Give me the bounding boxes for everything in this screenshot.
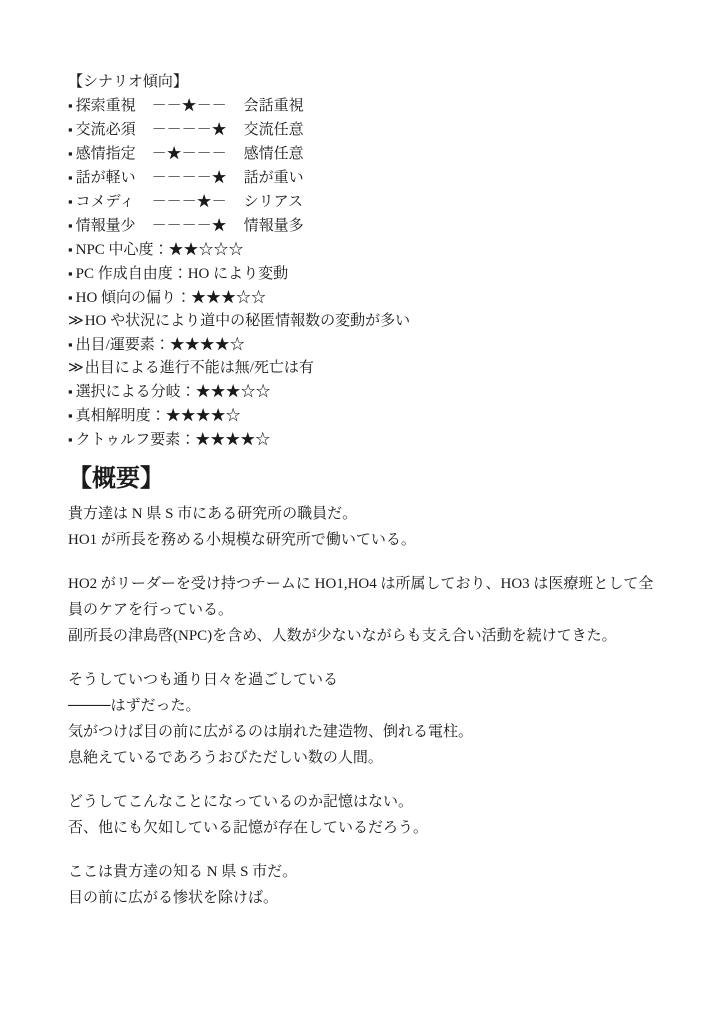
tendency-rating-row: ▪HO 傾向の偏り：★★★☆☆ [68, 286, 656, 310]
scale-right-label: 交流任意 [244, 119, 304, 142]
square-bullet-icon: ▪ [68, 286, 73, 309]
tendency-rating-row: ▪出目/運要素：★★★★☆ [68, 333, 656, 357]
overview-paragraph: HO2 がリーダーを受け持つチームに HO1,HO4 は所属しており、HO3 は… [68, 571, 656, 649]
scale-marks: －－－★－ [152, 191, 232, 214]
square-bullet-icon: ▪ [68, 404, 73, 427]
paragraph-line: どうしてこんなことになっているのか記憶はない。 [68, 789, 656, 815]
square-bullet-icon: ▪ [68, 262, 73, 285]
square-bullet-icon: ▪ [68, 142, 73, 165]
tendency-scale-row: ▪交流必須－－－－★交流任意 [68, 118, 656, 142]
rating-text: NPC 中心度：★★☆☆☆ [76, 242, 244, 258]
rating-text: 出目による進行不能は無/死亡は有 [85, 360, 314, 376]
scale-left-label: 探索重視 [76, 95, 138, 118]
paragraph-line: そうしていつも通り日々を過ごしている [68, 667, 656, 693]
rating-text: HO 傾向の偏り：★★★☆☆ [76, 290, 266, 306]
overview-heading: 【概要】 [68, 464, 656, 494]
tendency-scale-row: ▪コメディ－－－★－シリアス [68, 190, 656, 214]
scale-marks: －－－－★ [152, 167, 232, 190]
paragraph-line: 副所長の津島啓(NPC)を含め、人数が少ないながらも支え合い活動を続けてきた。 [68, 623, 656, 649]
square-bullet-icon: ▪ [68, 428, 73, 451]
paragraph-line: 目の前に広がる惨状を除けば。 [68, 885, 656, 911]
paragraph-line: 気がつけば目の前に広がるのは崩れた建造物、倒れる電柱。 [68, 719, 656, 745]
scenario-tendency-section: 【シナリオ傾向】 ▪探索重視－－★－－会話重視 ▪交流必須－－－－★交流任意 ▪… [68, 70, 656, 452]
paragraph-line: 貴方達は N 県 S 市にある研究所の職員だ。 [68, 501, 656, 527]
tendency-rating-row: ≫出目による進行不能は無/死亡は有 [68, 357, 656, 380]
tendency-scale-row: ▪話が軽い－－－－★話が重い [68, 166, 656, 190]
square-bullet-icon: ▪ [68, 380, 73, 403]
document-page: 【シナリオ傾向】 ▪探索重視－－★－－会話重視 ▪交流必須－－－－★交流任意 ▪… [0, 0, 724, 1024]
scale-right-label: 会話重視 [244, 95, 304, 118]
scale-marks: －－－－★ [152, 119, 232, 142]
paragraph-line: ここは貴方達の知る N 県 S 市だ。 [68, 859, 656, 885]
rating-text: 真相解明度：★★★★☆ [76, 408, 241, 424]
scale-right-label: 情報量多 [244, 215, 304, 238]
scale-left-label: 話が軽い [76, 167, 138, 190]
rating-text: クトゥルフ要素：★★★★☆ [76, 432, 271, 448]
square-bullet-icon: ▪ [68, 238, 73, 261]
overview-paragraph: どうしてこんなことになっているのか記憶はない。 否、他にも欠如している記憶が存在… [68, 789, 656, 841]
overview-paragraph: 貴方達は N 県 S 市にある研究所の職員だ。 HO1 が所長を務める小規模な研… [68, 501, 656, 553]
square-bullet-icon: ▪ [68, 333, 73, 356]
scale-left-label: コメディ [76, 191, 138, 214]
scale-marks: －－－－★ [152, 215, 232, 238]
rating-text: 選択による分岐：★★★☆☆ [76, 384, 271, 400]
tendency-rating-row: ▪真相解明度：★★★★☆ [68, 404, 656, 428]
square-bullet-icon: ▪ [68, 118, 73, 141]
square-bullet-icon: ▪ [68, 214, 73, 237]
overview-section: 【概要】 貴方達は N 県 S 市にある研究所の職員だ。 HO1 が所長を務める… [68, 464, 656, 911]
double-angle-bullet-icon: ≫ [68, 357, 84, 380]
scale-right-label: 話が重い [244, 167, 304, 190]
scale-left-label: 交流必須 [76, 119, 138, 142]
tendency-scale-row: ▪探索重視－－★－－会話重視 [68, 94, 656, 118]
double-angle-bullet-icon: ≫ [68, 310, 84, 333]
tendency-rating-row: ▪選択による分岐：★★★☆☆ [68, 380, 656, 404]
paragraph-line: ────はずだった。 [68, 693, 656, 719]
paragraph-line: HO1 が所長を務める小規模な研究所で働いている。 [68, 527, 656, 553]
scale-marks: －－★－－ [152, 95, 232, 118]
paragraph-line: 否、他にも欠如している記憶が存在しているだろう。 [68, 815, 656, 841]
tendency-rating-row: ▪クトゥルフ要素：★★★★☆ [68, 428, 656, 452]
scale-right-label: シリアス [244, 191, 303, 214]
overview-paragraph: そうしていつも通り日々を過ごしている ────はずだった。 気がつけば目の前に広… [68, 667, 656, 771]
overview-paragraph: ここは貴方達の知る N 県 S 市だ。 目の前に広がる惨状を除けば。 [68, 859, 656, 911]
tendency-rating-row: ▪NPC 中心度：★★☆☆☆ [68, 238, 656, 262]
paragraph-line: 息絶えているであろうおびただしい数の人間。 [68, 745, 656, 771]
square-bullet-icon: ▪ [68, 94, 73, 117]
scale-left-label: 情報量少 [76, 215, 138, 238]
scale-marks: －★－－－ [152, 143, 232, 166]
tendency-rating-row: ▪PC 作成自由度：HO により変動 [68, 262, 656, 286]
tendency-scale-row: ▪感情指定－★－－－感情任意 [68, 142, 656, 166]
tendency-heading: 【シナリオ傾向】 [68, 70, 656, 94]
square-bullet-icon: ▪ [68, 190, 73, 213]
rating-text: HO や状況により道中の秘匿情報数の変動が多い [85, 313, 410, 329]
square-bullet-icon: ▪ [68, 166, 73, 189]
rating-text: PC 作成自由度：HO により変動 [76, 266, 289, 282]
paragraph-line: HO2 がリーダーを受け持つチームに HO1,HO4 は所属しており、HO3 は… [68, 571, 656, 623]
scale-right-label: 感情任意 [244, 143, 304, 166]
tendency-rating-row: ≫HO や状況により道中の秘匿情報数の変動が多い [68, 310, 656, 333]
scale-left-label: 感情指定 [76, 143, 138, 166]
rating-text: 出目/運要素：★★★★☆ [76, 337, 245, 353]
tendency-scale-row: ▪情報量少－－－－★情報量多 [68, 214, 656, 238]
